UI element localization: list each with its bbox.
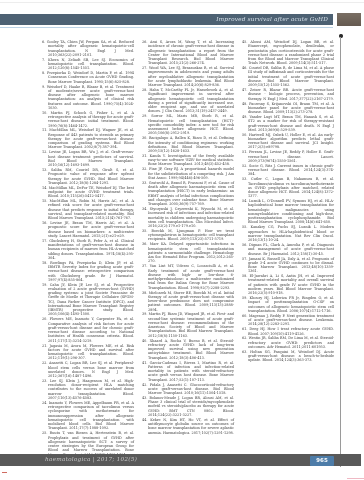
reference-item: 60. Magenau J, Reddy P. Next generation … <box>242 314 334 327</box>
references-column-1: 6. Gooley TA, Chien JW, Pergam SA, et al… <box>42 40 134 458</box>
reference-item: 37. Van Lint MT, Uderzo C, Locasciulli A… <box>142 264 234 290</box>
reference-item: 40. Xhaard A, Rocha V, Bueno B, et al. S… <box>142 339 234 360</box>
reference-item: 20. Flowers ME, Inamoto Y, Carpenter PA,… <box>42 317 134 343</box>
reference-item: 25. Ruutu T, van Biezen A, Hertenstein B… <box>42 431 134 457</box>
reference-item: 63. Holtan SG, Pasquini M, Weisdorf DJ. … <box>242 350 334 363</box>
page-number-badge: 965 <box>310 456 334 466</box>
reference-item: 55. Kanakry CG, Fuchs EJ, Luznik L. Mode… <box>242 225 334 242</box>
reference-item: 54. Luznik L, O'Donnell PV, Symons HJ, e… <box>242 199 334 225</box>
references-column-3: 45. Alousi AM, Weisdorf DJ, Logan BR, et… <box>242 40 334 458</box>
scan-artifact-pink-line <box>347 478 364 479</box>
reference-item: 34. Styczynski J, Czyzewski K, Wysocki M… <box>142 207 234 228</box>
reference-item: 19. Cahn JY, Klein JP, Lee SJ, et al. Pr… <box>42 283 134 317</box>
reference-item: 18. Rowlings PA, Przepiorka D, Klein JP,… <box>42 261 134 282</box>
reference-item: 48. Paczesny S, Krijanovski OI, Braun TM… <box>242 102 334 115</box>
reference-item: 49. Vander Lugt MT, Braun TM, Hanash S, … <box>242 115 334 132</box>
reference-item: 52. Socie G, Ritz J. Current issues in c… <box>242 164 334 177</box>
reference-item: 45. Alousi AM, Weisdorf DJ, Logan BR, et… <box>242 40 334 66</box>
reference-item: 42. Pidala J, Anasetti C. Glucocorticoid… <box>142 383 234 396</box>
reference-item: 23. Lee SJ, Klein J, Haagenson M, et al.… <box>42 379 134 400</box>
reference-item: 6. Gooley TA, Chien JW, Pergam SA, et al… <box>42 40 134 57</box>
reference-item: 59. Khoury HJ, Loberiza FR Jr, Ringden O… <box>242 296 334 313</box>
reference-item: 43. Bolanos-Meade J, Logan BR, Alousi AM… <box>142 396 234 417</box>
reference-item: 61. Deeg HJ. How I treat refractory acut… <box>242 327 334 336</box>
reference-item: 26. Arai S, Arora M, Wang T, et al. Incr… <box>142 40 234 66</box>
reference-item: 36. Marr KA. Delayed opportunistic infec… <box>142 242 234 263</box>
reference-item: 24. Inamoto Y, Flowers ME, Appelbaum FR,… <box>42 401 134 431</box>
reference-item: 29. Sorror ML, Maris MB, Storb R, et al.… <box>142 114 234 135</box>
reference-item: 35. Boeckh M, Ljungman P. How we treat c… <box>142 229 234 242</box>
header-accent-line <box>0 27 333 28</box>
references-section: 6. Gooley TA, Chien JW, Pergam SA, et al… <box>42 40 334 458</box>
page-top-edge-line <box>0 2 364 3</box>
reference-item: 33. Gratwohl A, Brand R, Frassoni F, et … <box>142 181 234 207</box>
reference-item: 11. MacMillan ML, Weisdorf DJ, Wagner JE… <box>42 128 134 149</box>
reference-item: 15. MacMillan ML, Robin M, Harris AC, et… <box>42 199 134 220</box>
reference-item: 50. Hartwell MJ, Ozbek U, Holler E, et a… <box>242 133 334 150</box>
scan-artifact-red-tick <box>2 472 7 473</box>
reference-item: 41. Garcia-Cadenas I, Rivera I, Martino … <box>142 361 234 382</box>
reference-item: 58. El-Jawahri A, Li S, Antin JH, et al.… <box>242 274 334 295</box>
reference-item: 22. Anasetti C, Logan BR, Lee SJ, et al.… <box>42 361 134 378</box>
reference-item: 31. Kanda Y. Investigation of the freely… <box>142 154 234 167</box>
reference-item: 7. Khera N, Zeliadt SB, Lee SJ. Economic… <box>42 58 134 71</box>
journal-footer-text: haematologica | 2017; 102(5) <box>45 457 137 463</box>
reference-item: 32. Fine JP, Gray RJ. A proportional haz… <box>142 167 234 180</box>
reference-item: 21. Jagasia M, Arora M, Flowers ME, et a… <box>42 344 134 361</box>
reference-item: 17. Glucksberg H, Storb R, Fefer A, et a… <box>42 239 134 260</box>
header-corner-block <box>337 13 361 26</box>
references-column-2: 26. Arai S, Arora M, Wang T, et al. Incr… <box>142 40 234 458</box>
reference-item: 38. Mielcarek M, Storer BE, Boeckh M, et… <box>142 291 234 312</box>
reference-item: 13. Saliba RM, Couriel DR, Giralt S, et … <box>42 168 134 185</box>
reference-item: 39. Martin PJ, Rizzo JD, Wingard JR, et … <box>142 312 234 338</box>
reference-item: 16. Levine JE, Braun TM, Harris AC, et a… <box>42 221 134 238</box>
reference-item: 62. Westin JR, Saliba RM, De Lima M, et … <box>242 336 334 349</box>
reference-item: 51. Ferrara JL, Levine JE, Reddy P, Holl… <box>242 150 334 163</box>
running-head-title: Improved survival after acute GvHD <box>216 17 328 23</box>
reference-item: 53. Cutler C, Logan B, Nakamura R, et al… <box>242 177 334 198</box>
reference-item: 44. Kekre N, Kim HT, Ho VT, et al. Effec… <box>142 418 234 435</box>
margin-vertical-rule <box>340 37 341 467</box>
reference-item: 57. Jamani K, Russell JA, Daly A, et al.… <box>242 257 334 274</box>
reference-item: 14. MacMillan ML, DeFor TE, Weisdorf DJ.… <box>42 186 134 199</box>
reference-item: 56. Dignan FL, Clark A, Amrolia P, et al… <box>242 243 334 256</box>
reference-item: 12. Levine JE, Logan BR, Wu J, et al. Gr… <box>42 150 134 167</box>
reference-item: 30. Bacigalupo A, Ballen K, Rizzo D, et … <box>142 136 234 153</box>
footer-bar: haematologica | 2017; 102(5) <box>0 454 361 466</box>
reference-item: 28. Hahn T, McCarthy PL Jr, Hassebroek A… <box>142 88 234 114</box>
running-head-bar: Improved survival after acute GvHD <box>0 14 333 25</box>
reference-item: 9. Weisdorf D, Haake R, Blazar B, et al.… <box>42 85 134 111</box>
reference-item: 46. Couriel DR, Saliba R, de Lima M, et … <box>242 66 334 87</box>
reference-item: 47. Zeiser R, Blazar BR. Acute graft-ver… <box>242 88 334 101</box>
reference-item: 27. Wood WA, Lee SJ, Brazauskas R, et al… <box>142 66 234 87</box>
reference-item: 10. Martin PJ, Schoch G, Fisher L, et al… <box>42 111 134 128</box>
reference-item: 8. Przepiorka D, Weisdorf D, Martin P, e… <box>42 71 134 84</box>
